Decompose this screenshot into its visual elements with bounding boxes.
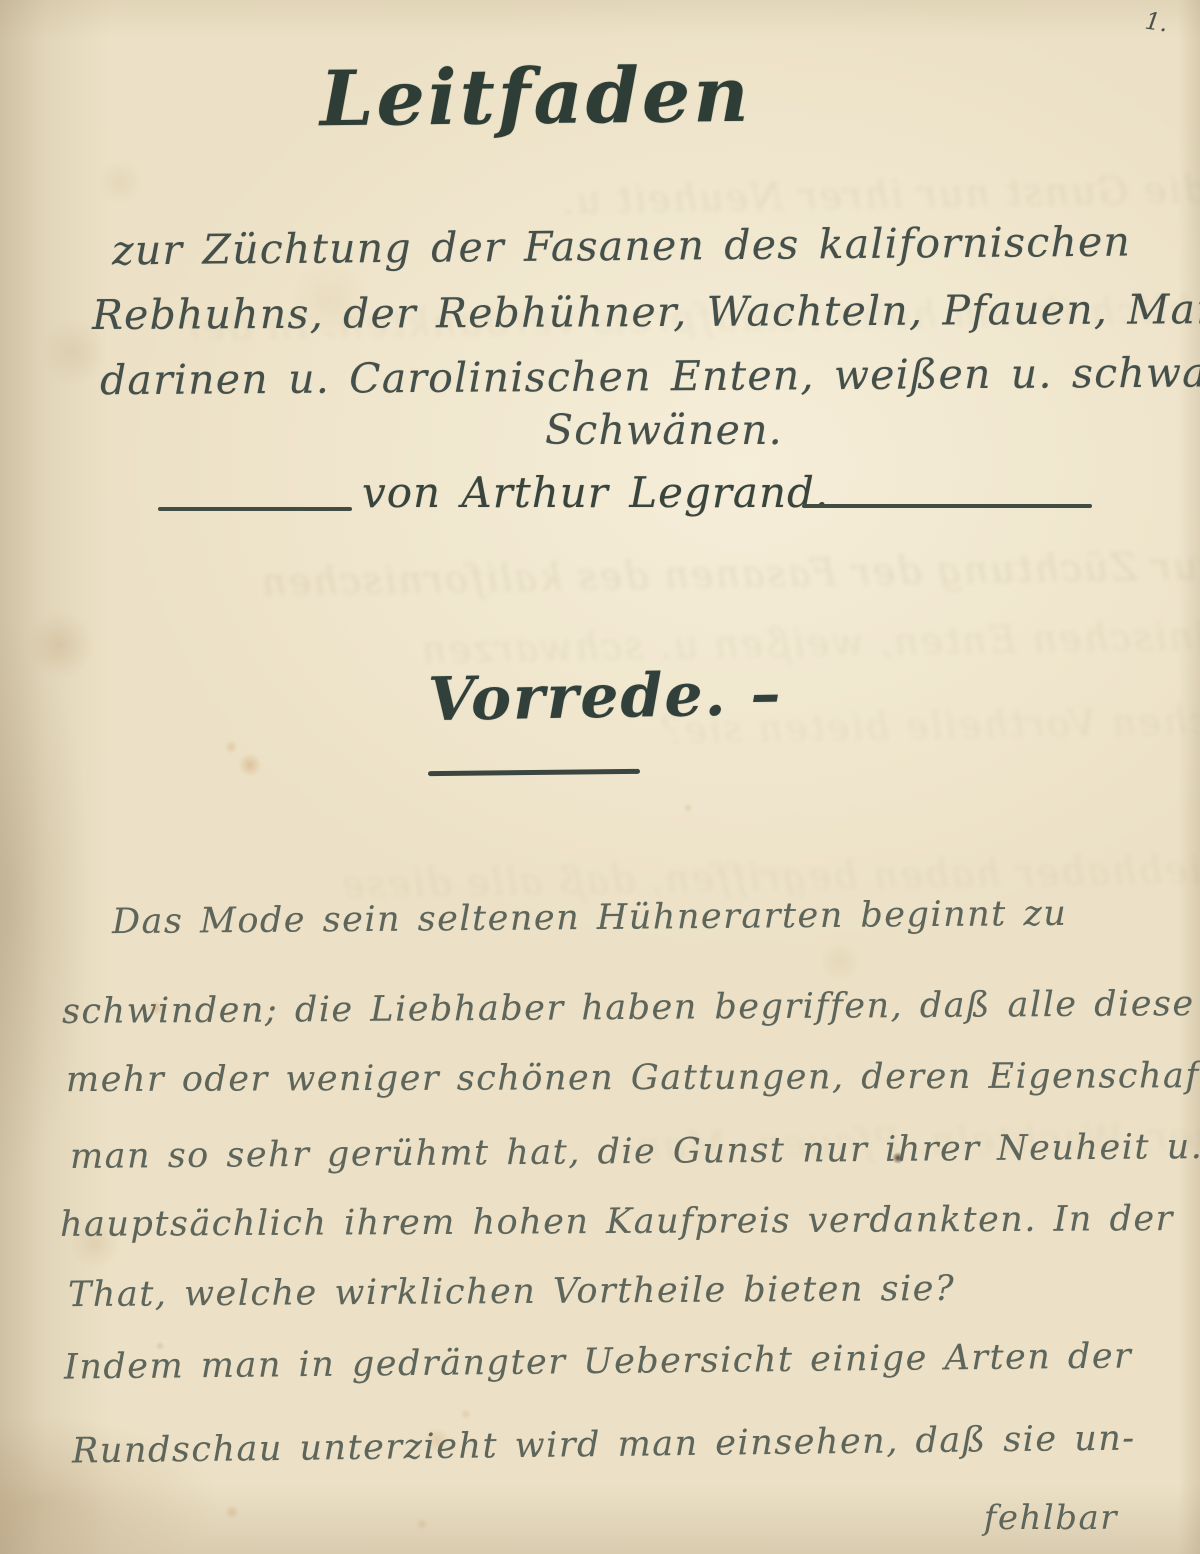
section-heading-underline [428,769,640,776]
byline-text: von Arthur Legrand. [362,468,829,517]
body-line: schwinden; die Liebhaber haben begriffen… [62,984,1195,1032]
bleed-through-text: man so sehr gerühmt hat, die Gunst nur i… [560,157,1200,222]
body-line: Indem man in gedrängter Uebersicht einig… [64,1336,1133,1387]
subtitle-line: Schwänen. [545,406,783,454]
body-line: mehr oder weniger schönen Gattungen, der… [66,1056,1200,1100]
manuscript-page: man so sehr gerühmt hat, die Gunst nur i… [0,0,1200,1554]
page-title: Leitfaden [320,50,752,144]
bleed-through-text: zur Züchtung der Fasanen des kalifornisc… [260,544,1200,605]
body-line: hauptsächlich ihrem hohen Kaufpreis verd… [60,1199,1174,1245]
page-number: 1. [1143,7,1170,38]
subtitle-line: zur Züchtung der Fasanen des kalifornisc… [112,218,1131,275]
body-line: That, welche wirklichen Vortheile bieten… [68,1269,955,1315]
catchword: fehlbar [984,1498,1118,1538]
body-line: man so sehr gerühmt hat, die Gunst nur i… [70,1127,1200,1177]
section-heading: Vorrede. – [427,659,783,735]
subtitle-line: darinen u. Carolinischen Enten, weißen u… [100,348,1200,404]
subtitle-line: Rebhuhns, der Rebhühner, Wachteln, Pfaue… [92,285,1200,339]
byline-rule-left [158,507,352,511]
body-line: Das Mode sein seltenen Hühnerarten begin… [112,894,1068,942]
body-line: Rundschau unterzieht wird man einsehen, … [72,1419,1136,1472]
byline-rule-right [802,504,1092,508]
